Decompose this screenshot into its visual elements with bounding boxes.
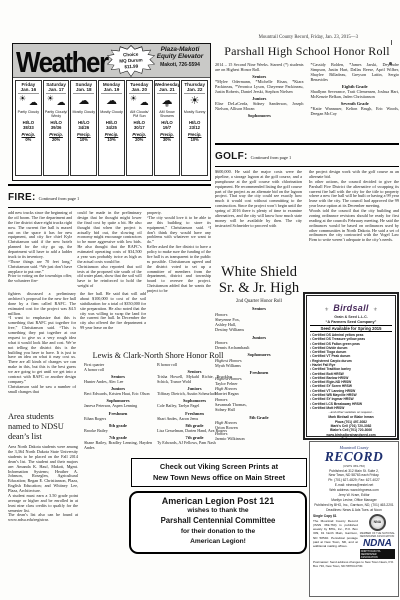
- ad-banner: Seed Available for Spring 2015: [310, 325, 392, 332]
- article-title: White Shield Sr. & Jr. High: [215, 264, 303, 296]
- weather-sponsor: Plaza-Makoti Equity Elevator Makoti, 726…: [152, 46, 208, 68]
- honor-roll-names: Tiffinay Dietrich, Austin Scheurlach: [157, 391, 232, 396]
- jump-label: GOLF:: [215, 151, 248, 162]
- honor-roll-names: *Mylee Odermann, *Michelle Risan, *Kiara…: [215, 79, 304, 94]
- article-column: the fire hall. He said that will add abo…: [80, 292, 146, 349]
- partly-cloudy-icon: ☀☁: [16, 95, 41, 110]
- honor-roll-names: Shari Andes, Aaron Jems: [157, 416, 232, 421]
- mostly-cloudy-icon: ☁: [99, 95, 124, 110]
- honor-roll-names: Beci Edwards, Kristen Haut, Eric Olson: [84, 391, 152, 396]
- grade-heading: Sophomores: [215, 113, 304, 118]
- advertiser-subname: Grain & Seed L.L.C.: [310, 315, 392, 319]
- ad-line: Check out Viking Screen Prints at: [132, 462, 306, 473]
- honor-roll-names: *Cassidy Bolden, *James Jarski, Deyondre…: [311, 62, 400, 82]
- honor-roll-names: Ethan Rogers: [84, 416, 152, 421]
- grain-price-burst: Choice MQ Durum $11.99: [107, 45, 155, 77]
- article-column: $600,000. He said the major costs were t…: [215, 170, 302, 276]
- record-logo: RECORD: [313, 450, 395, 464]
- parshall-honor-roll-article: Parshall High School Honor Roll 2014 – 1…: [215, 44, 399, 150]
- ndsu-deans-list-article: Area students named to NDSU dean’s list …: [8, 412, 78, 537]
- article-body: Area North Dakota students were among th…: [8, 445, 78, 537]
- ad-line: New Town News office on Main Street: [132, 473, 306, 484]
- honor-roll-names: Hunter Andes, Alec Lee: [84, 379, 152, 384]
- jump-label: FIRE:: [8, 192, 36, 203]
- sponsor-name: Plaza-Makoti: [152, 46, 208, 53]
- postmaster-statement: Postmaster: Send address changes to New …: [313, 561, 395, 569]
- forecast-card-friday: Friday Jan. 16 ☀☁ Partly Cloudy HI/LO 38…: [15, 80, 42, 176]
- ad-line: American Legion!: [131, 537, 305, 547]
- honor-roll-names: Elise DeLaCerda, Sidney Sanderson, Josep…: [215, 101, 304, 111]
- honor-roll-names: Brooke Bailey: [84, 428, 152, 433]
- weather-section: Weather Choice MQ Durum $11.99 Plaza-Mak…: [12, 43, 211, 181]
- forecast-card-sunday: Sunday Jan. 18 ☁ Mostly Cloudy HI/LO 34/…: [70, 80, 97, 176]
- american-legion-ad: American Legion Post 121 wishes to thank…: [129, 491, 307, 554]
- ndna-logo: NDNA: [363, 539, 392, 549]
- partly-cloudy-icon: ☀☁: [44, 95, 69, 110]
- lewis-clark-honor-roll: Lewis & Clark-North Shore Honor Roll Fir…: [84, 351, 232, 450]
- seed-variety-list: • Certified DS Admiral yellow peas • Cer…: [310, 333, 392, 410]
- article-column: property. “The city would love it to be …: [147, 211, 211, 311]
- single-copy-price: Single Copy $1: [313, 514, 358, 518]
- advertiser-name: Birdsall: [333, 303, 368, 313]
- continued-note: Continued from page 1: [39, 196, 80, 201]
- mostly-sunny-icon: ☀: [182, 95, 207, 110]
- forecast-card-saturday: Saturday Jan. 17 ☀☁ Partly Cloudy/ Windy…: [43, 80, 70, 176]
- am-clouds-pm-sun-icon: ☀☁: [127, 95, 152, 110]
- birdsall-logo: ⚜ Birdsall ⚜: [310, 299, 392, 315]
- ad-line: Parshall Centennial Committee: [131, 516, 305, 527]
- mostly-cloudy-icon: ☁: [71, 95, 96, 110]
- honor-roll-names: Shadlynn Severance, Trait Clemensen, Jos…: [311, 89, 400, 99]
- article-title: Area students named to NDSU dean’s list: [8, 412, 78, 442]
- honor-roll-subtitle: 2nd Quarter Honor Roll: [215, 299, 303, 304]
- honor-roll-names: Trisha Howell, Mykahl Richie, Brooklyn S…: [157, 374, 232, 384]
- wheat-icon: ⚜: [324, 307, 328, 313]
- page-header-dateline: Mountrail County Record, Friday, Jan. 23…: [190, 35, 358, 40]
- honor-roll-names: Janeva Peterson, Aspen Lenning: [84, 403, 152, 408]
- wheat-icon: ⚜: [373, 307, 377, 313]
- more-varieties-note: ...and other varieties on request...: [310, 410, 392, 414]
- honor-roll-intro: First quarter A honor roll: [84, 362, 152, 372]
- honor-roll-names: Cole Bailey, Taelyn Pagel: [157, 403, 232, 408]
- honor-roll-names: Dennis Archambault: [215, 345, 303, 350]
- burst-text: Choice MQ Durum $11.99: [106, 44, 156, 78]
- masthead-info-lines: Published at 312 Main St. Suite 2, New T…: [313, 469, 395, 513]
- nna-member-seal-icon: NNA: [369, 514, 386, 531]
- continued-note: Continued from page 1: [251, 155, 292, 160]
- article-column: the project design work with the golf co…: [309, 170, 399, 302]
- ad-tagline: “A Farmers Seed Company”: [310, 320, 392, 324]
- forecast-card-monday: Monday Jan. 19 ☁ Mostly Cloudy HI/LO 34/…: [98, 80, 125, 176]
- record-masthead-box: Mountrail County RECORD (USPS 369-760) P…: [309, 441, 399, 597]
- viking-screen-prints-ad: Check out Viking Screen Prints at New To…: [131, 458, 307, 487]
- ndna-logo-subtext: NORTH DAKOTA NEWSPAPER ASSOCIATION: [360, 549, 395, 559]
- weather-header: Weather Choice MQ Durum $11.99 Plaza-Mak…: [13, 44, 210, 78]
- forecast-card-wednesday: Wednesday Jan. 21 ☁❄ AM Snow Showers HI/…: [154, 80, 181, 176]
- birdsall-seed-ad: ⚜ Birdsall ⚜ Grain & Seed L.L.C. “A Farm…: [303, 292, 399, 440]
- honor-roll-names: Shane Bailey, Bradley Lenning, Hayden An…: [84, 440, 152, 450]
- issn-statement: The Mountrail County Record (ISSN 369-76…: [313, 519, 358, 548]
- grade-heading: Juniors: [215, 335, 303, 340]
- snow-showers-icon: ☁❄: [155, 95, 180, 110]
- ad-line: for their donation to the: [131, 527, 305, 537]
- honor-roll-names: *Katie Wannaser, Kelton Brugh, Eric Wood…: [311, 106, 400, 116]
- weather-title: Weather: [16, 45, 108, 80]
- honor-roll-names: Ty Edwards, AJ Fellows, Pam Nash: [157, 440, 232, 445]
- forecast-card-tuesday: Tuesday Jan. 20 ☀☁ AM Clouds/ PM Sun HI/…: [126, 80, 153, 176]
- usps-number: (USPS 369-760): [313, 464, 395, 468]
- article-title: Parshall High School Honor Roll: [215, 44, 399, 59]
- grade-heading: Seniors: [215, 306, 303, 311]
- honor-roll-intro: B honor roll: [157, 362, 232, 367]
- continued-header: FIRE:Continued from page 1: [8, 184, 211, 208]
- ad-headline: American Legion Post 121: [131, 496, 305, 506]
- honor-roll-names: Lisa Gesselman, Darien Hand, Ava Rogers: [157, 428, 232, 433]
- honor-roll-intro: 2014 – 15 Second Nine Weeks. Starred (*)…: [215, 62, 304, 72]
- honor-roll-names: Sheyenne Fox, Ashley Hall, Destiny Willi…: [215, 317, 303, 333]
- article-title: Lewis & Clark-North Shore Honor Roll: [84, 351, 232, 360]
- weather-forecast-row: Friday Jan. 16 ☀☁ Partly Cloudy HI/LO 38…: [13, 78, 210, 178]
- ad-line: wishes to thank the: [131, 506, 305, 516]
- sponsor-phone: Makoti, 726-5594: [152, 62, 208, 68]
- forecast-card-thursday: Thursday Jan. 22 ☀ Mostly Sunny HI/LO 23…: [181, 80, 208, 176]
- article-column: fighters discussed a preliminary archite…: [8, 292, 76, 410]
- continued-header: GOLF:Continued from page 1: [215, 143, 399, 167]
